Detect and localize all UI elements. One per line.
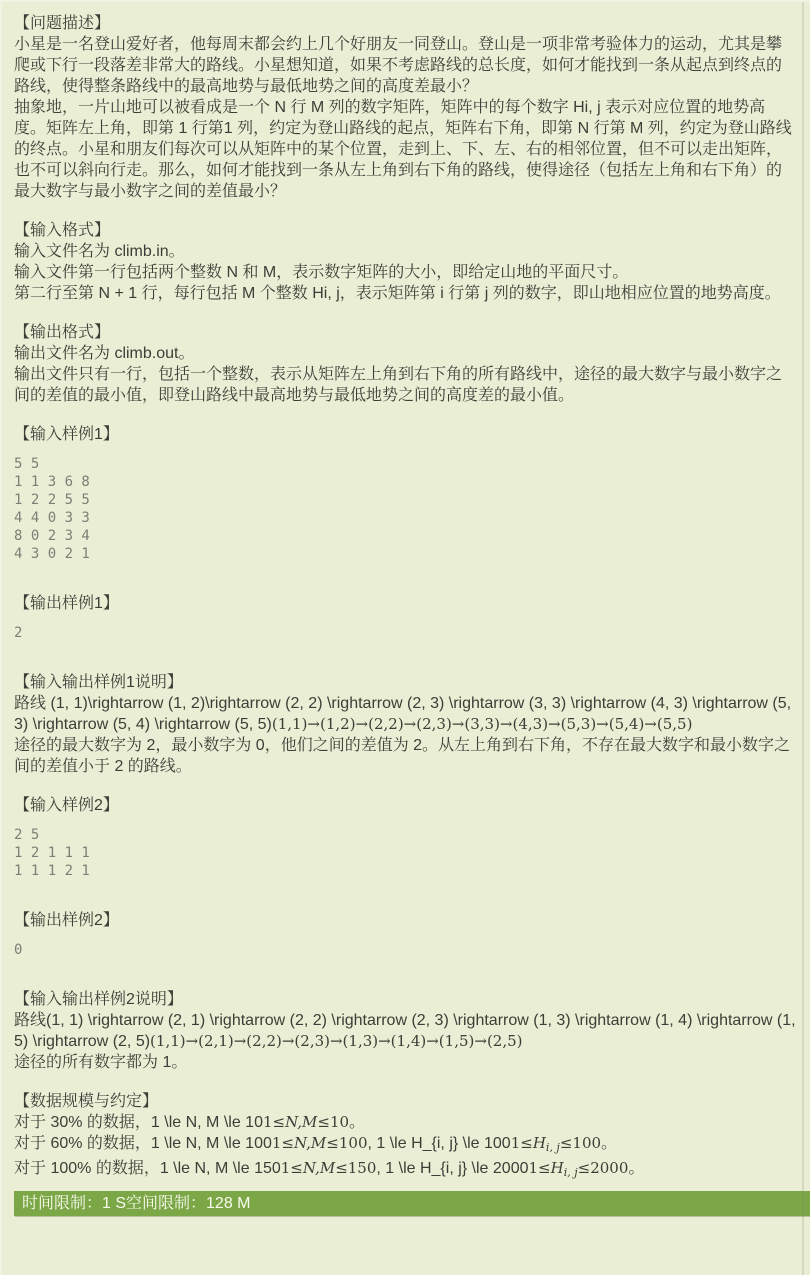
problem-statement-page: 【问题描述】 小星是一名登山爱好者，他每周末都会约上几个好朋友一同登山。登山是一…	[0, 0, 810, 1275]
section-title-sample-input-1: 【输入样例1】	[14, 424, 796, 445]
sample-2-route: 路线(1, 1) \rightarrow (2, 1) \rightarrow …	[14, 1010, 796, 1052]
sample-2-explanation-text: 途径的所有数字都为 1。	[14, 1052, 796, 1073]
section-title-sample-2-explanation: 【输入输出样例2说明】	[14, 989, 796, 1010]
sample-2-route-rendered: (1,1)→(2,1)→(2,2)→(2,3)→(1,3)→(1,4)→(1,5…	[150, 1032, 522, 1050]
sample-1-route: 路线 (1, 1)\rightarrow (1, 2)\rightarrow (…	[14, 693, 796, 735]
output-format-line-1: 输出文件名为 climb.out。	[14, 343, 796, 364]
section-title-sample-input-2: 【输入样例2】	[14, 795, 796, 816]
sample-1-route-rendered: (1,1)→(1,2)→(2,2)→(2,3)→(3,3)→(4,3)→(5,3…	[272, 715, 693, 733]
constraint-100-math1-vars: N,M	[303, 1159, 335, 1177]
constraint-60-period: 。	[601, 1135, 617, 1152]
constraint-100-period: 。	[628, 1160, 644, 1177]
constraint-60-math2: 1≤	[511, 1134, 533, 1152]
problem-paragraph-2: 抽象地，一片山地可以被看成是一个 N 行 M 列的数字矩阵，矩阵中的每个数字 H…	[14, 97, 796, 202]
constraint-100-math1-end: ≤150	[335, 1159, 376, 1177]
section-title-sample-output-2: 【输出样例2】	[14, 910, 796, 931]
section-title-input-format: 【输入格式】	[14, 220, 796, 241]
constraint-30-period: 。	[349, 1114, 365, 1131]
page-right-edge-line	[802, 2, 804, 1275]
constraint-60-latex-2: , 1 \le H_{i, j} \le 100	[368, 1135, 511, 1152]
input-format-line-1: 输入文件名为 climb.in。	[14, 241, 796, 262]
sample-input-2-code: 2 5 1 2 1 1 1 1 1 1 2 1	[14, 826, 796, 880]
constraint-line-60: 对于 60% 的数据，1 \le N, M \le 1001≤N,M≤100, …	[14, 1133, 796, 1158]
section-title-output-format: 【输出格式】	[14, 322, 796, 343]
section-title-constraints: 【数据规模与约定】	[14, 1091, 796, 1112]
constraint-60-math1: 1≤	[272, 1134, 294, 1152]
problem-paragraph-1: 小星是一名登山爱好者，他每周末都会约上几个好朋友一同登山。登山是一项非常考验体力…	[14, 34, 796, 97]
constraint-100-math2-var: H	[551, 1159, 564, 1177]
constraint-line-30: 对于 30% 的数据，1 \le N, M \le 101≤N,M≤10。	[14, 1112, 796, 1133]
constraint-line-100: 对于 100% 的数据，1 \le N, M \le 1501≤N,M≤150,…	[14, 1158, 796, 1183]
constraint-100-math2-subscript: i, j	[564, 1166, 578, 1179]
constraint-60-latex: 对于 60% 的数据，1 \le N, M \le 100	[14, 1135, 272, 1152]
constraint-100-math1: 1≤	[281, 1159, 303, 1177]
constraint-60-math2-subscript: i, j	[546, 1141, 560, 1154]
constraint-100-latex-2: , 1 \le H_{i, j} \le 2000	[376, 1160, 528, 1177]
constraint-60-math2-var: H	[533, 1134, 546, 1152]
output-format-line-2: 输出文件只有一行，包括一个整数，表示从矩阵左上角到右下角的所有路线中，途径的最大…	[14, 364, 796, 406]
section-title-problem-description: 【问题描述】	[14, 13, 796, 34]
sample-input-1-code: 5 5 1 1 3 6 8 1 2 2 5 5 4 4 0 3 3 8 0 2 …	[14, 455, 796, 563]
input-format-line-3: 第二行至第 N + 1 行，每行包括 M 个整数 Hi, j，表示矩阵第 i 行…	[14, 283, 796, 304]
sample-1-explanation-text: 途径的最大数字为 2，最小数字为 0，他们之间的差值为 2。从左上角到右下角，不…	[14, 735, 796, 777]
sample-output-1-code: 2	[14, 624, 796, 642]
constraint-30-math-vars: N,M	[285, 1113, 317, 1131]
constraint-60-math1-end: ≤100	[326, 1134, 367, 1152]
constraint-30-latex: 对于 30% 的数据，1 \le N, M \le 10	[14, 1114, 263, 1131]
constraint-60-math2-end: ≤100	[560, 1134, 601, 1152]
constraint-100-math2: 1≤	[529, 1159, 551, 1177]
input-format-line-2: 输入文件第一行包括两个整数 N 和 M，表示数字矩阵的大小，即给定山地的平面尺寸…	[14, 262, 796, 283]
constraint-100-latex: 对于 100% 的数据，1 \le N, M \le 150	[14, 1160, 281, 1177]
constraint-30-math-end: ≤10	[317, 1113, 349, 1131]
constraint-60-math1-vars: N,M	[294, 1134, 326, 1152]
constraint-100-math2-end: ≤2000	[578, 1159, 629, 1177]
section-title-sample-output-1: 【输出样例1】	[14, 593, 796, 614]
sample-output-2-code: 0	[14, 941, 796, 959]
section-title-sample-1-explanation: 【输入输出样例1说明】	[14, 672, 796, 693]
problem-content: 【问题描述】 小星是一名登山爱好者，他每周末都会约上几个好朋友一同登山。登山是一…	[2, 2, 810, 1216]
constraint-30-math: 1≤	[263, 1113, 285, 1131]
time-space-limit-bar: 时间限制：1 S空间限制：128 M	[14, 1191, 810, 1216]
